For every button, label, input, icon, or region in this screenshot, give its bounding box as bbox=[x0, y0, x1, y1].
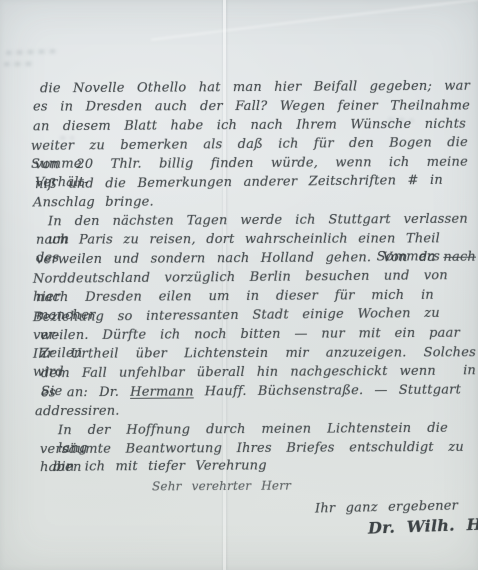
handwriting-line: verweilen und sondern nach Holland gehen… bbox=[36, 249, 476, 270]
handwriting-line: die Novelle Othello hat man hier Beifall… bbox=[40, 78, 470, 99]
ink-showthrough-mark bbox=[4, 62, 34, 67]
handwriting-line: es in Dresden auch der Fall? Wegen feine… bbox=[33, 97, 470, 116]
strikethrough-word: nach bbox=[443, 250, 476, 265]
line-text: es an: Dr. bbox=[41, 385, 130, 401]
handwriting-line: Anschlag bringe. bbox=[33, 194, 154, 213]
underlined-name: Hermann bbox=[130, 384, 194, 399]
handwriting-line: addressiren. bbox=[35, 403, 120, 422]
line-text: Hauff. Büchsenstraße. — Stuttgart bbox=[194, 383, 461, 400]
handwriting-line: an diesem Blatt habe ich nach Ihrem Wüns… bbox=[33, 116, 466, 137]
handwriting-line: bin ich mit tiefer Verehrung bbox=[53, 457, 267, 476]
handwriting-line address-line: es an: Dr. Hermann Hauff. Büchsenstraße.… bbox=[41, 382, 461, 403]
ink-showthrough-mark bbox=[6, 49, 58, 55]
letter-page: die Novelle Othello hat man hier Beifall… bbox=[0, 0, 478, 570]
fold-crease-diagonal bbox=[151, 0, 478, 41]
salutation-line: Sehr verehrter Herr bbox=[152, 477, 291, 496]
handwriting-line: niß und die Bemerkungen anderer Zeitschr… bbox=[35, 172, 443, 194]
signature-line: Dr. Wilh. Hauff bbox=[368, 514, 478, 537]
line-text: verweilen und sondern nach Holland gehen… bbox=[36, 250, 436, 267]
